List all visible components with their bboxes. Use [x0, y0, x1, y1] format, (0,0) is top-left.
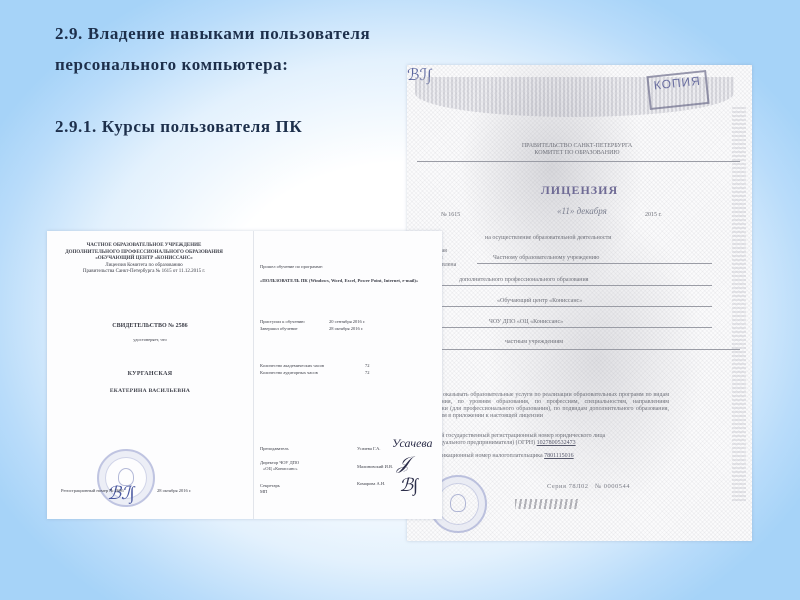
- ogrn-value: 1027800532473: [537, 440, 576, 446]
- secretary-label: Секретарь: [260, 483, 280, 488]
- issuer-line-1: ПРАВИТЕЛЬСТВО САНКТ-ПЕТЕРБУРГА: [467, 143, 687, 150]
- slide-heading: 2.9. Владение навыками пользователя перс…: [55, 18, 395, 80]
- signature-icon: Усачева: [392, 436, 433, 451]
- copy-stamp: КОПИЯ: [646, 70, 709, 110]
- signature-icon: ℬℐ∫: [107, 483, 135, 504]
- license-year: 2015 г.: [645, 212, 662, 218]
- holder-type: частным учреждениям: [505, 339, 563, 345]
- ogrn-label-text: Основной государственный регистрационный…: [419, 433, 605, 446]
- signature-icon: ℬ∫: [399, 475, 418, 496]
- secretary-name: Комарова А.Н.: [357, 481, 385, 486]
- program-intro: Прошел обучение по программе:: [260, 264, 323, 269]
- org-license-line-2: Правительства Санкт-Петербурга № 1615 от…: [59, 269, 229, 276]
- license-number: № 1615: [441, 212, 460, 218]
- license-document-image: КОПИЯ ПРАВИТЕЛЬСТВО САНКТ-ПЕТЕРБУРГА КОМ…: [407, 65, 752, 541]
- inn-value: 7801115016: [544, 453, 574, 459]
- divider: [417, 161, 740, 162]
- blank-series-text: Серия 78Л02: [547, 483, 589, 490]
- inn-row: Идентификационный номер налогоплательщик…: [419, 453, 574, 459]
- academic-hours-label: Количество академических часов: [260, 363, 324, 368]
- holder-line-1: Частному образовательному учреждению: [493, 255, 599, 261]
- license-side-ornament: [732, 105, 746, 501]
- barcode-icon: [515, 499, 579, 509]
- holder-line-3: «Обучающий центр «Кониссанс»: [497, 298, 582, 304]
- slide-heading-block: 2.9. Владение навыками пользователя перс…: [55, 18, 395, 142]
- start-date: 20 сентября 2016 г.: [329, 319, 365, 324]
- end-date: 28 октября 2016 г.: [329, 326, 363, 331]
- start-label: Приступил к обучению: [260, 319, 305, 324]
- license-purpose: на осуществление образовательной деятель…: [485, 235, 611, 241]
- divider: [437, 327, 712, 328]
- divider: [477, 263, 712, 264]
- certificate-number: СВИДЕТЕЛЬСТВО № 2586: [47, 323, 253, 329]
- blank-number-text: № 0000544: [595, 483, 630, 490]
- divider: [417, 349, 740, 350]
- certificate-fold-line: [253, 231, 254, 519]
- certifies-text: удостоверяет, что: [47, 337, 253, 342]
- license-title: ЛИЦЕНЗИЯ: [407, 183, 752, 198]
- issuer-line-2: КОМИТЕТ ПО ОБРАЗОВАНИЮ: [467, 150, 687, 157]
- divider: [437, 285, 712, 286]
- registration-date: 28 октября 2016 г.: [157, 488, 191, 493]
- certificate-issuer: ЧАСТНОЕ ОБРАЗОВАТЕЛЬНОЕ УЧРЕЖДЕНИЕ ДОПОЛ…: [59, 243, 229, 276]
- end-label: Завершил обучение: [260, 326, 298, 331]
- ogrn-label: Основной государственный регистрационный…: [419, 433, 629, 447]
- program-name: «ПОЛЬЗОВАТЕЛЬ ПК (Windows, Word, Excel, …: [260, 278, 430, 284]
- blank-series: Серия 78Л02 № 0000544: [547, 483, 630, 490]
- teacher-name: Усачева Г.А.: [357, 446, 381, 451]
- academic-hours-value: 72: [365, 363, 370, 368]
- teacher-label: Преподаватель: [260, 446, 289, 451]
- classroom-hours-value: 72: [365, 370, 370, 375]
- holder-surname: КУРГАНСКАЯ: [47, 371, 253, 377]
- license-date: «11» декабря: [557, 206, 607, 216]
- slide-subheading: 2.9.1. Курсы пользователя ПК: [55, 111, 395, 142]
- classroom-hours-label: Количество аудиторных часов: [260, 370, 318, 375]
- registration-number: Регистрационный номер № 2686: [61, 488, 124, 493]
- director-label: Директор ЧОУ ДПО: [260, 460, 299, 465]
- divider: [437, 306, 712, 307]
- director-org: «ОЦ «Кониссанс»: [263, 466, 298, 471]
- certificate-document-image: ЧАСТНОЕ ОБРАЗОВАТЕЛЬНОЕ УЧРЕЖДЕНИЕ ДОПОЛ…: [47, 231, 442, 519]
- holder-given-names: ЕКАТЕРИНА ВАСИЛЬЕВНА: [47, 388, 253, 394]
- license-rights-text: на право оказывать образовательные услуг…: [419, 392, 669, 420]
- holder-line-2: дополнительного профессионального образо…: [459, 277, 588, 283]
- signature-icon: 𝒥: [397, 453, 409, 474]
- holder-short-name: ЧОУ ДПО «ОЦ «Кониссанс»: [489, 319, 563, 325]
- seal-place: МП: [260, 489, 267, 494]
- director-name: Малиновский И.В.: [357, 464, 393, 469]
- license-issuer: ПРАВИТЕЛЬСТВО САНКТ-ПЕТЕРБУРГА КОМИТЕТ П…: [467, 143, 687, 157]
